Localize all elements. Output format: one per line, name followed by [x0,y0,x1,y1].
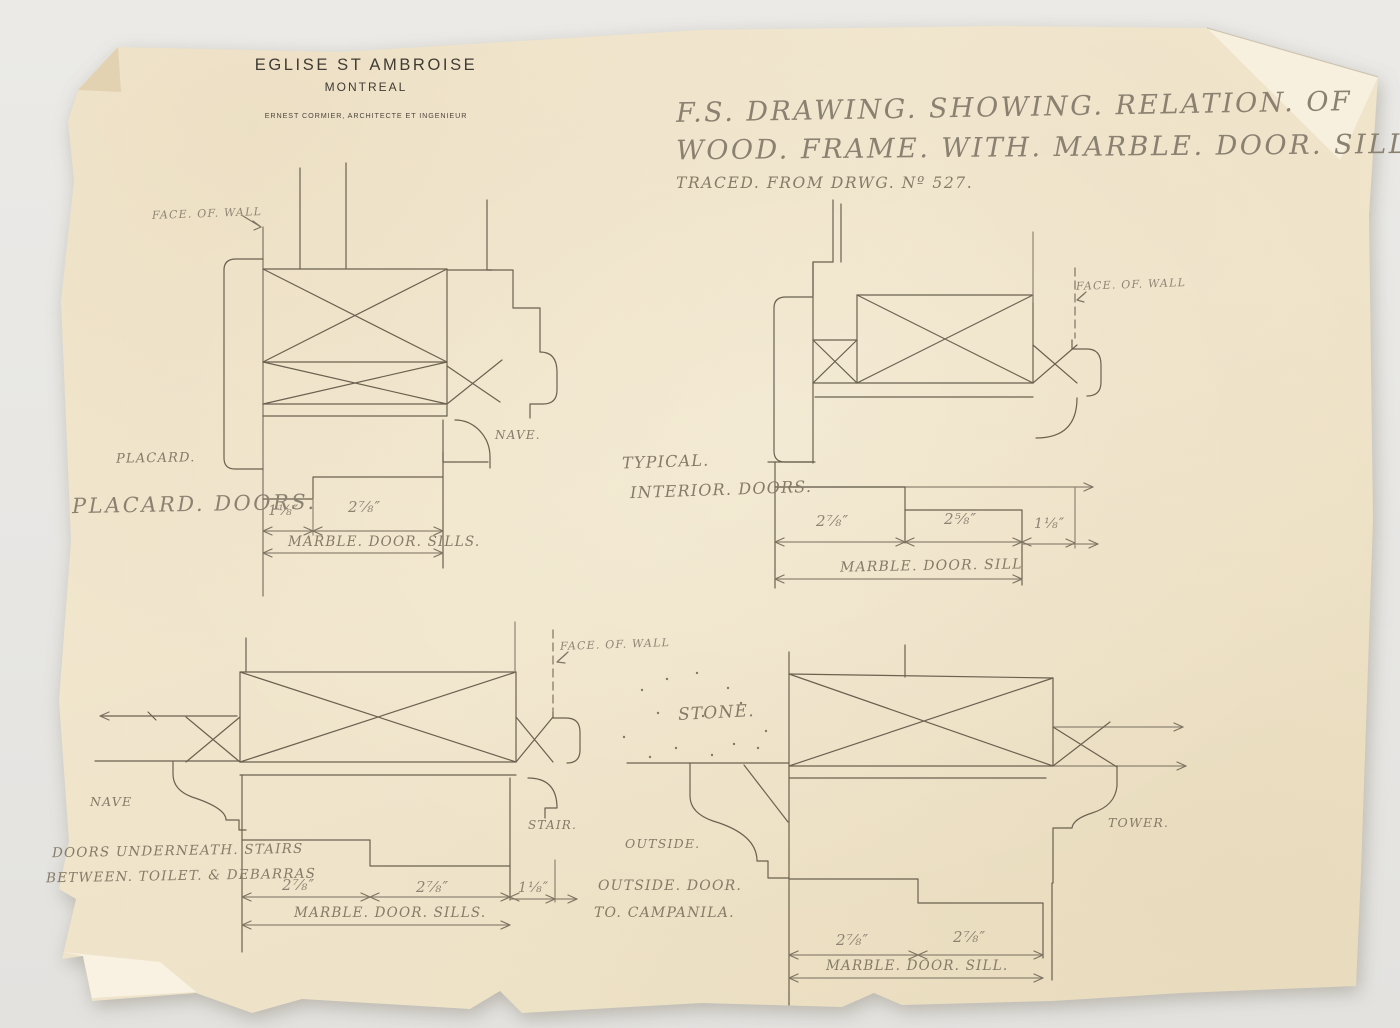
sill-label-interior: MARBLE. DOOR. SILL [840,556,1023,575]
dim-label-interior-0: 2⅞″ [816,512,849,530]
room-label-outside: OUTSIDE. [625,836,700,851]
room-label-tower: TOWER. [1108,815,1169,830]
sill-label-placard: MARBLE. DOOR. SILLS. [288,534,480,550]
heading-line-2: WOOD. FRAME. WITH. MARBLE. DOOR. SILLS. [676,129,1400,167]
material-label-stone: STONE. [678,701,756,725]
scanned-drawing-page: EGLISE ST AMBROISE MONTREAL ERNEST CORMI… [0,0,1400,1028]
dim-label-interior-2: 1⅛″ [1034,516,1065,532]
room-label-nave-placard: NAVE. [495,428,541,442]
dim-label-campanile-0: 2⅞″ [836,931,869,949]
drawing-title-campanile-2: TO. CAMPANILA. [594,905,735,921]
campanile-door-linework [623,645,1186,1005]
dim-label-placard-0: 1⅛″ [268,503,299,519]
stair-doors-linework [95,622,580,952]
drawing-title-campanile-1: OUTSIDE. DOOR. [598,878,742,894]
room-label-placard: PLACARD. [116,450,196,466]
room-label-stair: STAIR. [528,818,577,832]
drawing-title-interior-1: TYPICAL. [622,450,710,472]
dim-label-stairs-1: 2⅞″ [416,878,449,896]
letterhead: EGLISE ST AMBROISE MONTREAL ERNEST CORMI… [250,56,482,120]
dim-label-stairs-0: 2⅞″ [282,876,315,894]
fold-crease-line [1207,28,1378,77]
dim-label-campanile-1: 2⅞″ [953,928,986,946]
letterhead-city: MONTREAL [250,80,482,94]
sill-label-stairs: MARBLE. DOOR. SILLS. [294,905,486,921]
room-label-nave-stairs: NAVE [90,794,132,809]
letterhead-byline: ERNEST CORMIER, ARCHITECTE ET INGENIEUR [250,111,482,120]
placard-doors-linework [224,163,557,596]
letterhead-title: EGLISE ST AMBROISE [250,56,482,75]
sill-label-campanile: MARBLE. DOOR. SILL. [826,958,1008,974]
heading-traced-note: TRACED. FROM DRWG. Nº 527. [676,174,973,192]
dim-label-placard-1: 2⅞″ [348,498,381,516]
dim-label-interior-1: 2⅝″ [944,510,977,528]
dim-label-stairs-2: 1⅛″ [518,880,549,896]
